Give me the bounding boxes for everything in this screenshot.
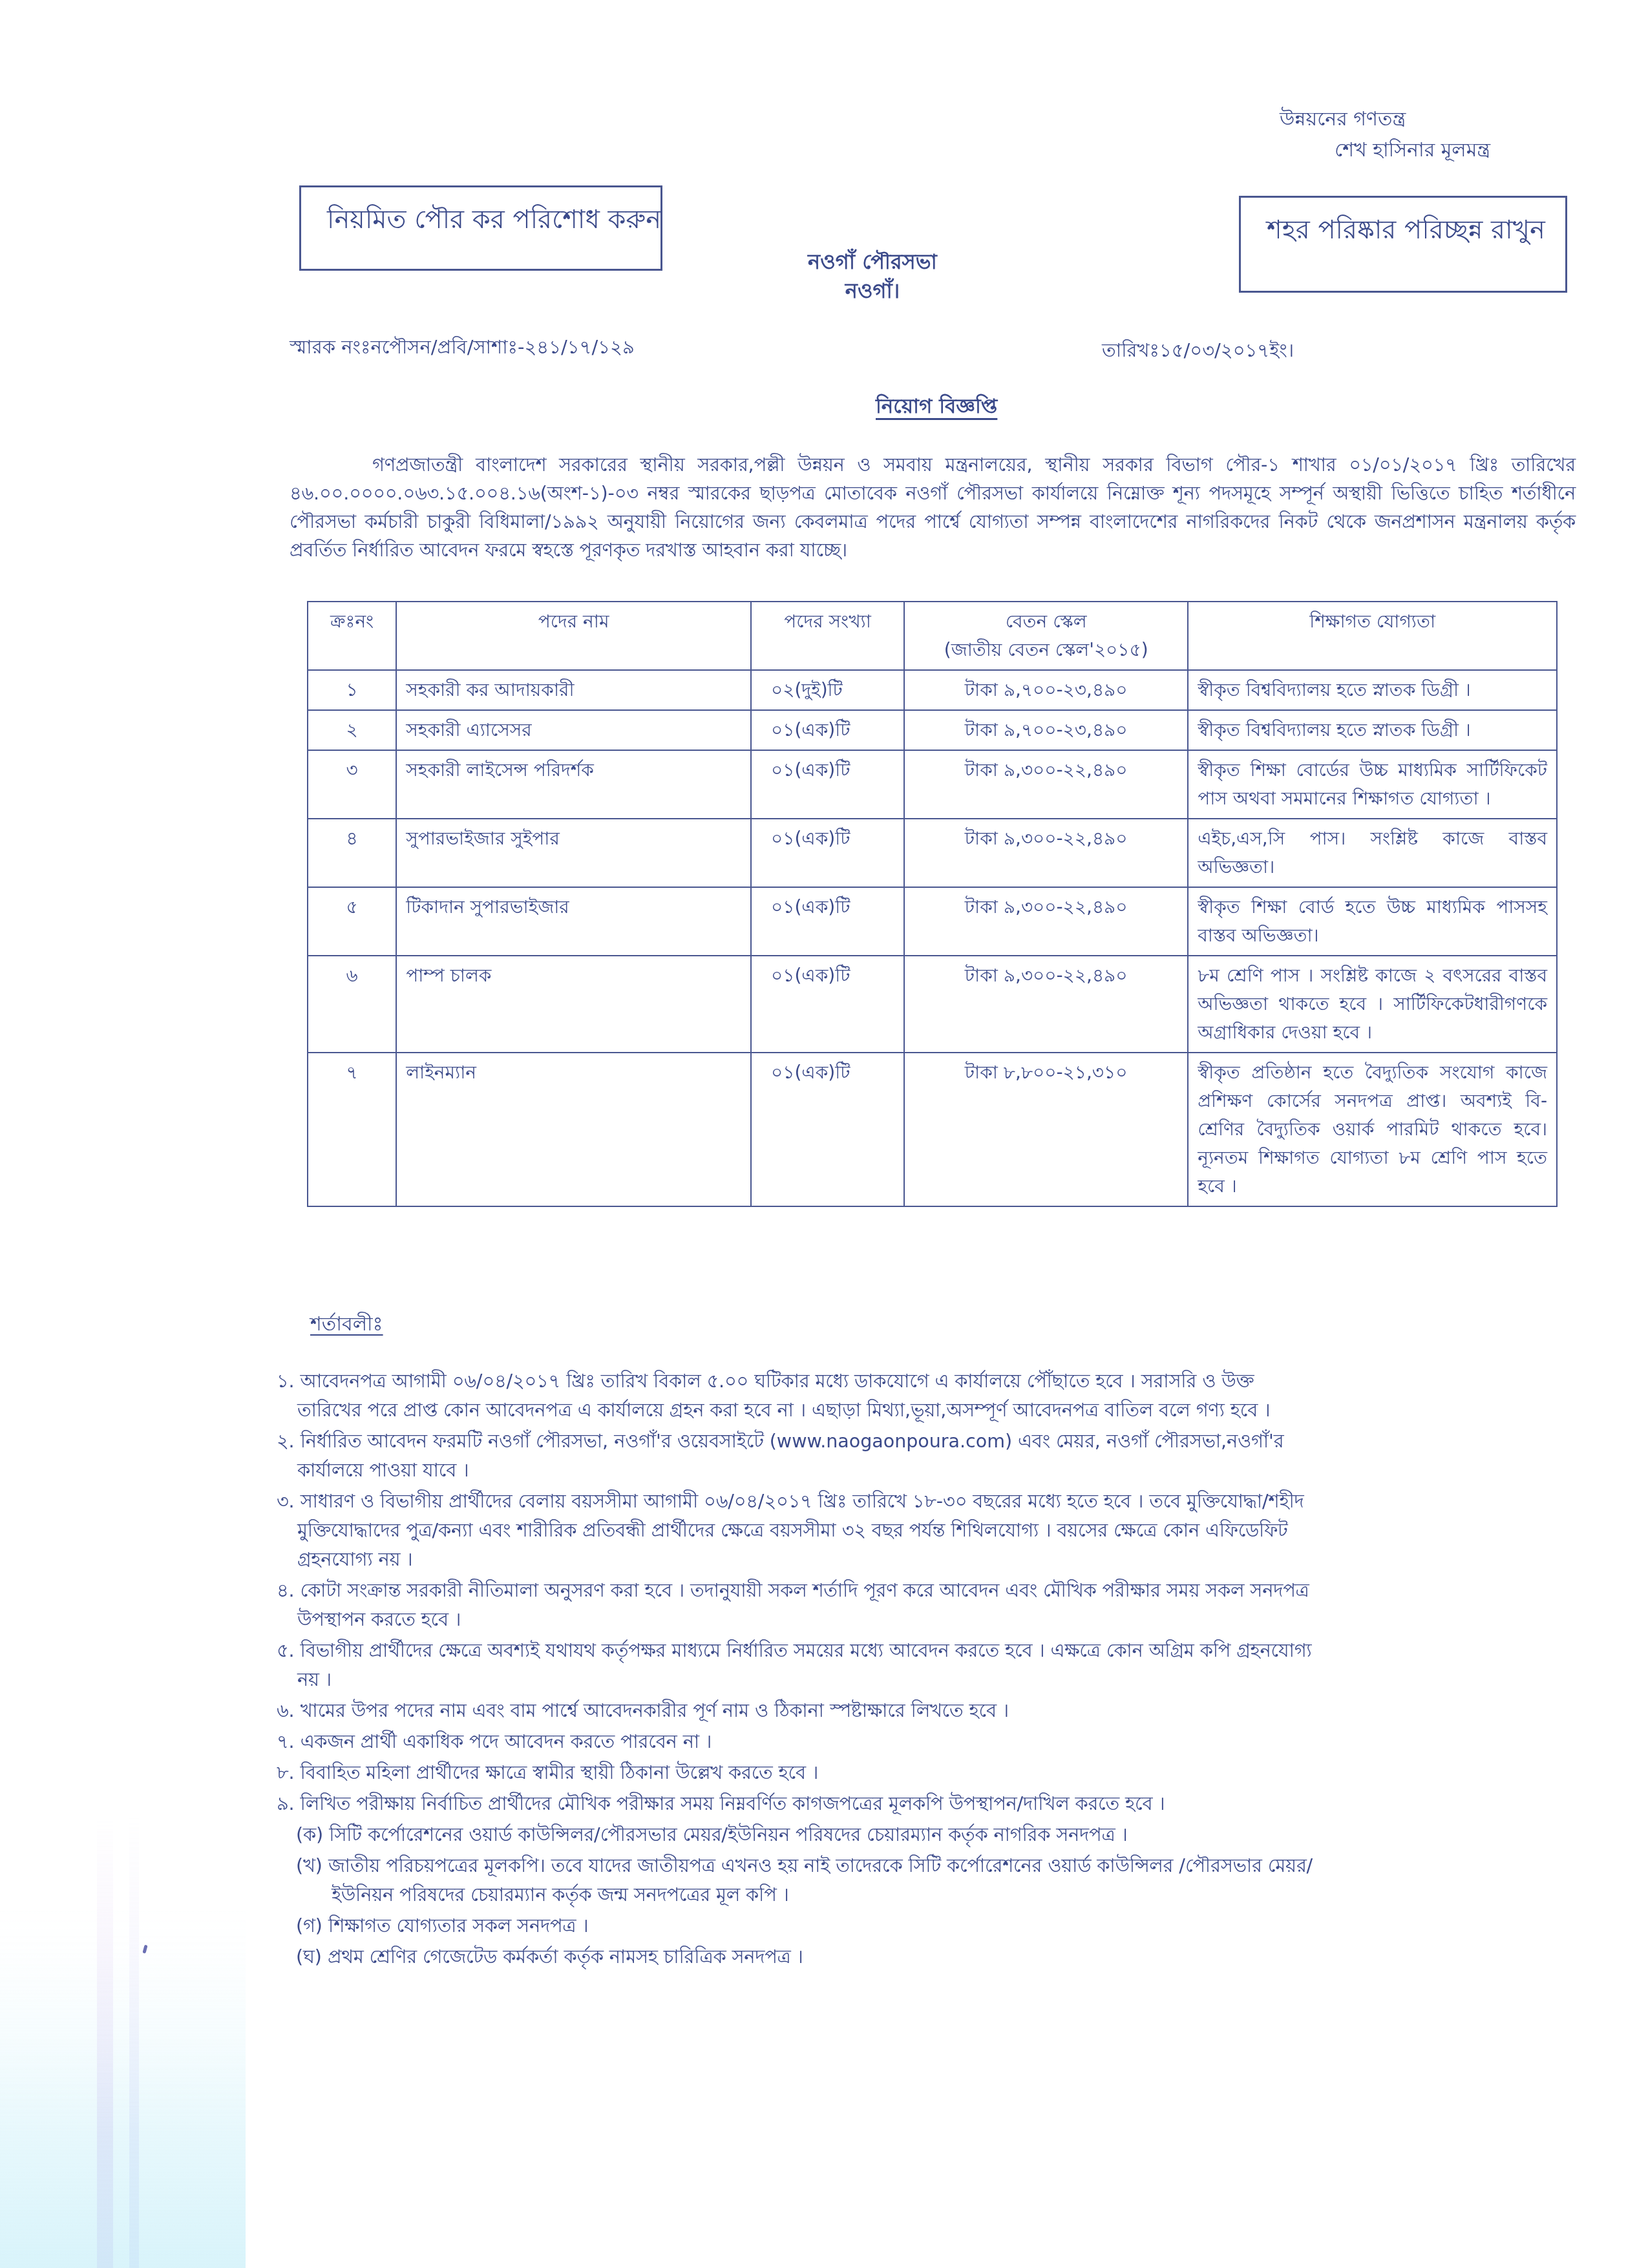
qualification-cell: স্বীকৃত শিক্ষা বোর্ডের উচ্চ মাধ্যমিক সার…	[1188, 750, 1557, 819]
condition-item: ৪. কোটা সংক্রান্ত সরকারী নীতিমালা অনুসরণ…	[277, 1576, 1324, 1634]
office-place: নওগাঁ।	[743, 275, 1002, 310]
condition-item: ১. আবেদনপত্র আগামী ০৬/০৪/২০১৭ খ্রিঃ তারি…	[277, 1367, 1324, 1425]
qualification-cell: স্বীকৃত বিশ্ববিদ্যালয় হতে স্নাতক ডিগ্রী…	[1188, 670, 1557, 710]
slogan-line-1: উন্নয়নের গণতন্ত্র	[1280, 103, 1406, 136]
pay-scale-cell: টাকা ৮,৮০০-২১,৩১০	[904, 1053, 1188, 1206]
header-scale-sub: (জাতীয় বেতন স্কেল'২০১৫)	[914, 636, 1178, 664]
pay-scale-cell: টাকা ৯,৭০০-২৩,৪৯০	[904, 670, 1188, 710]
pay-scale-cell: টাকা ৯,৭০০-২৩,৪৯০	[904, 710, 1188, 750]
post-count-cell: ০১(এক)টি	[751, 956, 904, 1053]
pay-scale-cell: টাকা ৯,৩০০-২২,৪৯০	[904, 750, 1188, 819]
condition-item: ৫. বিভাগীয় প্রার্থীদের ক্ষেত্রে অবশ্যই …	[277, 1636, 1324, 1694]
post-name-cell: সুপারভাইজার সুইপার	[396, 819, 751, 887]
post-count-cell: ০১(এক)টি	[751, 710, 904, 750]
serial-cell: ৪	[308, 819, 396, 887]
post-count-cell: ০২(দুই)টি	[751, 670, 904, 710]
post-name-cell: সহকারী কর আদায়কারী	[396, 670, 751, 710]
header-count: পদের সংখ্যা	[751, 602, 904, 670]
post-name-cell: টিকাদান সুপারভাইজার	[396, 887, 751, 956]
pay-scale-cell: টাকা ৯,৩০০-২২,৪৯০	[904, 956, 1188, 1053]
table-row: ১সহকারী কর আদায়কারী০২(দুই)টিটাকা ৯,৭০০-…	[308, 670, 1557, 710]
slogan-box-left: নিয়মিত পৌর কর পরিশোধ করুন	[299, 185, 662, 271]
table-row: ৩সহকারী লাইসেন্স পরিদর্শক০১(এক)টিটাকা ৯,…	[308, 750, 1557, 819]
post-name-cell: লাইনম্যান	[396, 1053, 751, 1206]
header-qualification: শিক্ষাগত যোগ্যতা	[1188, 602, 1557, 670]
slogan-line-2: শেখ হাসিনার মূলমন্ত্র	[1335, 134, 1490, 167]
vacancy-table: ক্রঃনং পদের নাম পদের সংখ্যা বেতন স্কেল (…	[307, 601, 1558, 1207]
serial-cell: ৫	[308, 887, 396, 956]
document-requirement-item: (গ) শিক্ষাগত যোগ্যতার সকল সনদপত্র ।	[277, 1911, 1324, 1940]
qualification-cell: ৮ম শ্রেণি পাস । সংশ্লিষ্ট কাজে ২ বৎসরের …	[1188, 956, 1557, 1053]
post-count-cell: ০১(এক)টি	[751, 887, 904, 956]
post-name-cell: সহকারী লাইসেন্স পরিদর্শক	[396, 750, 751, 819]
post-count-cell: ০১(এক)টি	[751, 750, 904, 819]
notice-title: নিয়োগ বিজ্ঞপ্তি	[876, 391, 997, 425]
slogan-box-right: শহর পরিষ্কার পরিচ্ছন্ন রাখুন	[1239, 196, 1567, 293]
serial-cell: ৭	[308, 1053, 396, 1206]
qualification-cell: স্বীকৃত প্রতিষ্ঠান হতে বৈদ্যুতিক সংযোগ ক…	[1188, 1053, 1557, 1206]
condition-item: ৩. সাধারণ ও বিভাগীয় প্রার্থীদের বেলায় …	[277, 1487, 1324, 1574]
post-count-cell: ০১(এক)টি	[751, 1053, 904, 1206]
scan-artifact	[0, 1816, 246, 2268]
condition-item: ৮. বিবাহিত মহিলা প্রার্থীদের ক্ষাত্রে স্…	[277, 1758, 1324, 1787]
table-row: ৪সুপারভাইজার সুইপার০১(এক)টিটাকা ৯,৩০০-২২…	[308, 819, 1557, 887]
document-requirement-item: (ঘ) প্রথম শ্রেণির গেজেটেড কর্মকর্তা কর্ত…	[277, 1942, 1324, 1971]
condition-item: ৬. খামের উপর পদের নাম এবং বাম পার্শ্বে আ…	[277, 1696, 1324, 1725]
serial-cell: ১	[308, 670, 396, 710]
qualification-cell: স্বীকৃত বিশ্ববিদ্যালয় হতে স্নাতক ডিগ্রী…	[1188, 710, 1557, 750]
serial-cell: ৩	[308, 750, 396, 819]
qualification-cell: এইচ,এস,সি পাস। সংশ্লিষ্ট কাজে বাস্তব অভি…	[1188, 819, 1557, 887]
post-count-cell: ০১(এক)টি	[751, 819, 904, 887]
slogan-box-left-text: নিয়মিত পৌর কর পরিশোধ করুন	[327, 205, 661, 235]
conditions-heading: শর্তাবলীঃ	[310, 1308, 383, 1341]
serial-cell: ২	[308, 710, 396, 750]
table-row: ৭লাইনম্যান০১(এক)টিটাকা ৮,৮০০-২১,৩১০স্বীক…	[308, 1053, 1557, 1206]
post-name-cell: পাম্প চালক	[396, 956, 751, 1053]
header-post: পদের নাম	[396, 602, 751, 670]
condition-item: ৭. একজন প্রার্থী একাধিক পদে আবেদন করতে প…	[277, 1727, 1324, 1756]
document-requirement-item: (ক) সিটি কর্পোরেশনের ওয়ার্ড কাউন্সিলর/প…	[277, 1820, 1324, 1849]
post-name-cell: সহকারী এ্যাসেসর	[396, 710, 751, 750]
slogan-box-right-text: শহর পরিষ্কার পরিচ্ছন্ন রাখুন	[1267, 215, 1545, 245]
qualification-cell: স্বীকৃত শিক্ষা বোর্ড হতে উচ্চ মাধ্যমিক প…	[1188, 887, 1557, 956]
header-scale: বেতন স্কেল (জাতীয় বেতন স্কেল'২০১৫)	[904, 602, 1188, 670]
condition-item: ২. নির্ধারিত আবেদন ফরমটি নওগাঁ পৌরসভা, ন…	[277, 1427, 1324, 1485]
pay-scale-cell: টাকা ৯,৩০০-২২,৪৯০	[904, 887, 1188, 956]
table-row: ৬পাম্প চালক০১(এক)টিটাকা ৯,৩০০-২২,৪৯০৮ম শ…	[308, 956, 1557, 1053]
header-serial: ক্রঃনং	[308, 602, 396, 670]
pay-scale-cell: টাকা ৯,৩০০-২২,৪৯০	[904, 819, 1188, 887]
condition-item: ৯. লিখিত পরীক্ষায় নির্বাচিত প্রার্থীদের…	[277, 1789, 1324, 1818]
memo-number: স্মারক নংঃনপৌসন/প্রবি/সাশাঃ-২৪১/১৭/১২৯	[290, 333, 635, 364]
notice-date: তারিখঃ১৫/০৩/২০১৭ইং।	[1102, 336, 1294, 368]
conditions-list: ১. আবেদনপত্র আগামী ০৬/০৪/২০১৭ খ্রিঃ তারি…	[277, 1367, 1324, 1973]
header-scale-label: বেতন স্কেল	[914, 607, 1178, 636]
document-requirement-item: (খ) জাতীয় পরিচয়পত্রের মূলকপি। তবে যাদে…	[277, 1851, 1324, 1909]
serial-cell: ৬	[308, 956, 396, 1053]
table-row: ২সহকারী এ্যাসেসর০১(এক)টিটাকা ৯,৭০০-২৩,৪৯…	[308, 710, 1557, 750]
table-row: ৫টিকাদান সুপারভাইজার০১(এক)টিটাকা ৯,৩০০-২…	[308, 887, 1557, 956]
intro-paragraph: গণপ্রজাতন্ত্রী বাংলাদেশ সরকারের স্থানীয়…	[290, 451, 1576, 565]
table-header-row: ক্রঃনং পদের নাম পদের সংখ্যা বেতন স্কেল (…	[308, 602, 1557, 670]
